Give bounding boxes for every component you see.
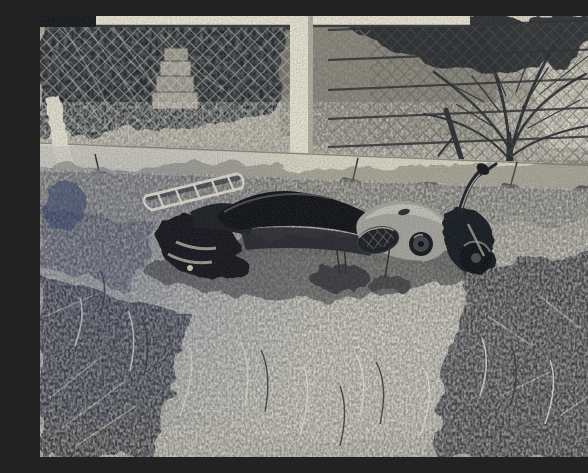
crash-scene-photograph [40, 16, 588, 457]
film-grain-overlay [40, 16, 588, 457]
